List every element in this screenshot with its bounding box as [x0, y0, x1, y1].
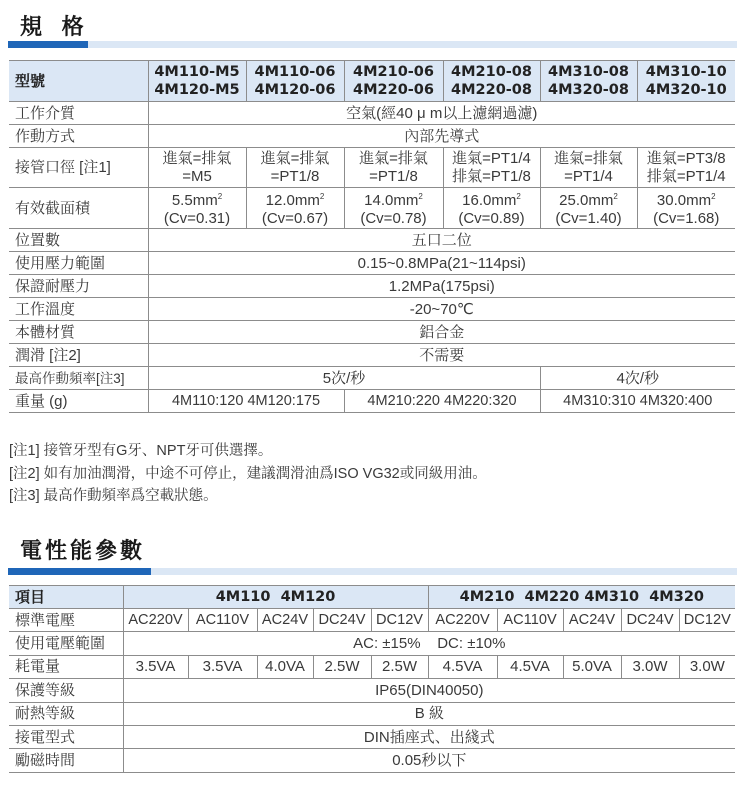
- row-value: 鋁合金: [148, 321, 735, 344]
- row-value: AC: ±15% DC: ±10%: [123, 632, 735, 655]
- spec-section-title: 規 格: [20, 10, 90, 41]
- note-1: [注1] 接管牙型有G牙、NPT牙可供選擇。: [9, 440, 487, 463]
- voltage-cell: AC24V: [257, 609, 313, 632]
- voltage-cell: AC220V: [123, 609, 188, 632]
- row-label: 接管口徑 [注1]: [9, 148, 148, 188]
- electrical-header-row: 項目 4M110 4M120 4M210 4M220 4M310 4M320: [9, 586, 735, 609]
- row-value: DIN插座式、出綫式: [123, 725, 735, 748]
- table-row-rated-voltage: 標準電壓 AC220V AC110V AC24V DC24V DC12V AC2…: [9, 609, 735, 632]
- row-label: 最高作動頻率[注3]: [9, 367, 148, 390]
- model-header-cell: 4M210-064M220-06: [344, 61, 443, 102]
- table-row-medium: 工作介質 空氣(經40 μ m以上濾網過濾): [9, 102, 735, 125]
- port-cell: 進氣=PT3/8排氣=PT1/4: [637, 148, 735, 188]
- row-label: 工作溫度: [9, 298, 148, 321]
- model-header-cell: 4M310-084M320-08: [540, 61, 637, 102]
- row-label: 保護等級: [9, 679, 123, 702]
- port-cell: 進氣=排氣=PT1/8: [344, 148, 443, 188]
- voltage-cell: AC110V: [188, 609, 257, 632]
- table-row-proof-pressure: 保證耐壓力 1.2MPa(175psi): [9, 275, 735, 298]
- table-row-effective-area: 有效截面積 5.5mm2(Cv=0.31) 12.0mm2(Cv=0.67) 1…: [9, 188, 735, 229]
- power-cell: 2.5W: [371, 655, 428, 678]
- row-label: 保證耐壓力: [9, 275, 148, 298]
- row-value: 1.2MPa(175psi): [148, 275, 735, 298]
- area-cell: 30.0mm2(Cv=1.68): [637, 188, 735, 229]
- row-value: 空氣(經40 μ m以上濾網過濾): [148, 102, 735, 125]
- model-header-cell: 4M110-M54M120-M5: [148, 61, 246, 102]
- power-cell: 3.5VA: [123, 655, 188, 678]
- spec-title-accent: [8, 41, 88, 48]
- power-cell: 3.0W: [679, 655, 735, 678]
- group-b-header: 4M210 4M220 4M310 4M320: [428, 586, 735, 609]
- group-a-header: 4M110 4M120: [123, 586, 428, 609]
- table-row-insulation: 耐熱等級 B 級: [9, 702, 735, 725]
- row-label: 作動方式: [9, 125, 148, 148]
- spec-table: 型號 4M110-M54M120-M5 4M110-064M120-06 4M2…: [9, 60, 735, 413]
- row-value: 五口二位: [148, 229, 735, 252]
- port-cell: 進氣=PT1/4排氣=PT1/8: [443, 148, 540, 188]
- row-value: -20~70℃: [148, 298, 735, 321]
- table-row-power: 耗電量 3.5VA 3.5VA 4.0VA 2.5W 2.5W 4.5VA 4.…: [9, 655, 735, 678]
- power-cell: 4.5VA: [428, 655, 497, 678]
- table-row-pressure-range: 使用壓力範圍 0.15~0.8MPa(21~114psi): [9, 252, 735, 275]
- voltage-cell: DC12V: [679, 609, 735, 632]
- voltage-cell: DC24V: [621, 609, 679, 632]
- electrical-section-title: 電性能參數: [20, 534, 145, 565]
- port-cell: 進氣=排氣=PT1/8: [246, 148, 344, 188]
- voltage-cell: DC24V: [313, 609, 371, 632]
- table-row-max-frequency: 最高作動頻率[注3] 5次/秒 4次/秒: [9, 367, 735, 390]
- power-cell: 4.0VA: [257, 655, 313, 678]
- port-cell: 進氣=排氣=PT1/4: [540, 148, 637, 188]
- table-row-body-material: 本體材質 鋁合金: [9, 321, 735, 344]
- row-label: 使用電壓範圍: [9, 632, 123, 655]
- table-row-protection: 保護等級 IP65(DIN40050): [9, 679, 735, 702]
- spec-notes: [注1] 接管牙型有G牙、NPT牙可供選擇。 [注2] 如有加油潤滑，中途不可停…: [9, 440, 487, 508]
- row-label: 使用壓力範圍: [9, 252, 148, 275]
- row-value: IP65(DIN40050): [123, 679, 735, 702]
- voltage-cell: AC24V: [563, 609, 621, 632]
- row-label: 勵磁時間: [9, 749, 123, 772]
- row-value: B 級: [123, 702, 735, 725]
- note-2: [注2] 如有加油潤滑，中途不可停止，建議潤滑油爲ISO VG32或同級用油。: [9, 463, 487, 486]
- power-cell: 3.5VA: [188, 655, 257, 678]
- voltage-cell: AC110V: [497, 609, 563, 632]
- table-row-positions: 位置數 五口二位: [9, 229, 735, 252]
- spec-title-bar: [8, 41, 737, 48]
- area-cell: 14.0mm2(Cv=0.78): [344, 188, 443, 229]
- area-cell: 5.5mm2(Cv=0.31): [148, 188, 246, 229]
- model-header-cell: 4M110-064M120-06: [246, 61, 344, 102]
- model-header-label: 型號: [9, 61, 148, 102]
- row-value: 0.05秒以下: [123, 749, 735, 772]
- row-label: 耗電量: [9, 655, 123, 678]
- row-label: 工作介質: [9, 102, 148, 125]
- row-value: 4M210:220 4M220:320: [344, 390, 540, 413]
- electrical-title-bar: [8, 568, 737, 575]
- electrical-title-accent: [8, 568, 151, 575]
- area-cell: 16.0mm2(Cv=0.89): [443, 188, 540, 229]
- row-value: 5次/秒: [148, 367, 540, 390]
- row-label: 標準電壓: [9, 609, 123, 632]
- voltage-cell: DC12V: [371, 609, 428, 632]
- row-label: 本體材質: [9, 321, 148, 344]
- table-row-weight: 重量 (g) 4M110:120 4M120:175 4M210:220 4M2…: [9, 390, 735, 413]
- table-row-actuation: 作動方式 內部先導式: [9, 125, 735, 148]
- row-value: 0.15~0.8MPa(21~114psi): [148, 252, 735, 275]
- power-cell: 3.0W: [621, 655, 679, 678]
- table-row-excitation-time: 勵磁時間 0.05秒以下: [9, 749, 735, 772]
- model-header-cell: 4M210-084M220-08: [443, 61, 540, 102]
- voltage-cell: AC220V: [428, 609, 497, 632]
- table-row-port-size: 接管口徑 [注1] 進氣=排氣=M5 進氣=排氣=PT1/8 進氣=排氣=PT1…: [9, 148, 735, 188]
- power-cell: 4.5VA: [497, 655, 563, 678]
- area-cell: 25.0mm2(Cv=1.40): [540, 188, 637, 229]
- row-value: 4M110:120 4M120:175: [148, 390, 344, 413]
- row-value: 內部先導式: [148, 125, 735, 148]
- power-cell: 2.5W: [313, 655, 371, 678]
- table-row-temperature: 工作溫度 -20~70℃: [9, 298, 735, 321]
- spec-header-row: 型號 4M110-M54M120-M5 4M110-064M120-06 4M2…: [9, 61, 735, 102]
- row-value: 4M310:310 4M320:400: [540, 390, 735, 413]
- row-value: 不需要: [148, 344, 735, 367]
- port-cell: 進氣=排氣=M5: [148, 148, 246, 188]
- row-label: 耐熱等級: [9, 702, 123, 725]
- row-label: 位置數: [9, 229, 148, 252]
- table-row-voltage-range: 使用電壓範圍 AC: ±15% DC: ±10%: [9, 632, 735, 655]
- note-3: [注3] 最高作動頻率爲空載狀態。: [9, 485, 487, 508]
- row-label: 有效截面積: [9, 188, 148, 229]
- table-row-connection: 接電型式 DIN插座式、出綫式: [9, 725, 735, 748]
- item-header-label: 項目: [9, 586, 123, 609]
- row-label: 接電型式: [9, 725, 123, 748]
- model-header-cell: 4M310-104M320-10: [637, 61, 735, 102]
- area-cell: 12.0mm2(Cv=0.67): [246, 188, 344, 229]
- power-cell: 5.0VA: [563, 655, 621, 678]
- table-row-lubrication: 潤滑 [注2] 不需要: [9, 344, 735, 367]
- electrical-table: 項目 4M110 4M120 4M210 4M220 4M310 4M320 標…: [9, 585, 735, 773]
- row-label: 潤滑 [注2]: [9, 344, 148, 367]
- row-label: 重量 (g): [9, 390, 148, 413]
- row-value: 4次/秒: [540, 367, 735, 390]
